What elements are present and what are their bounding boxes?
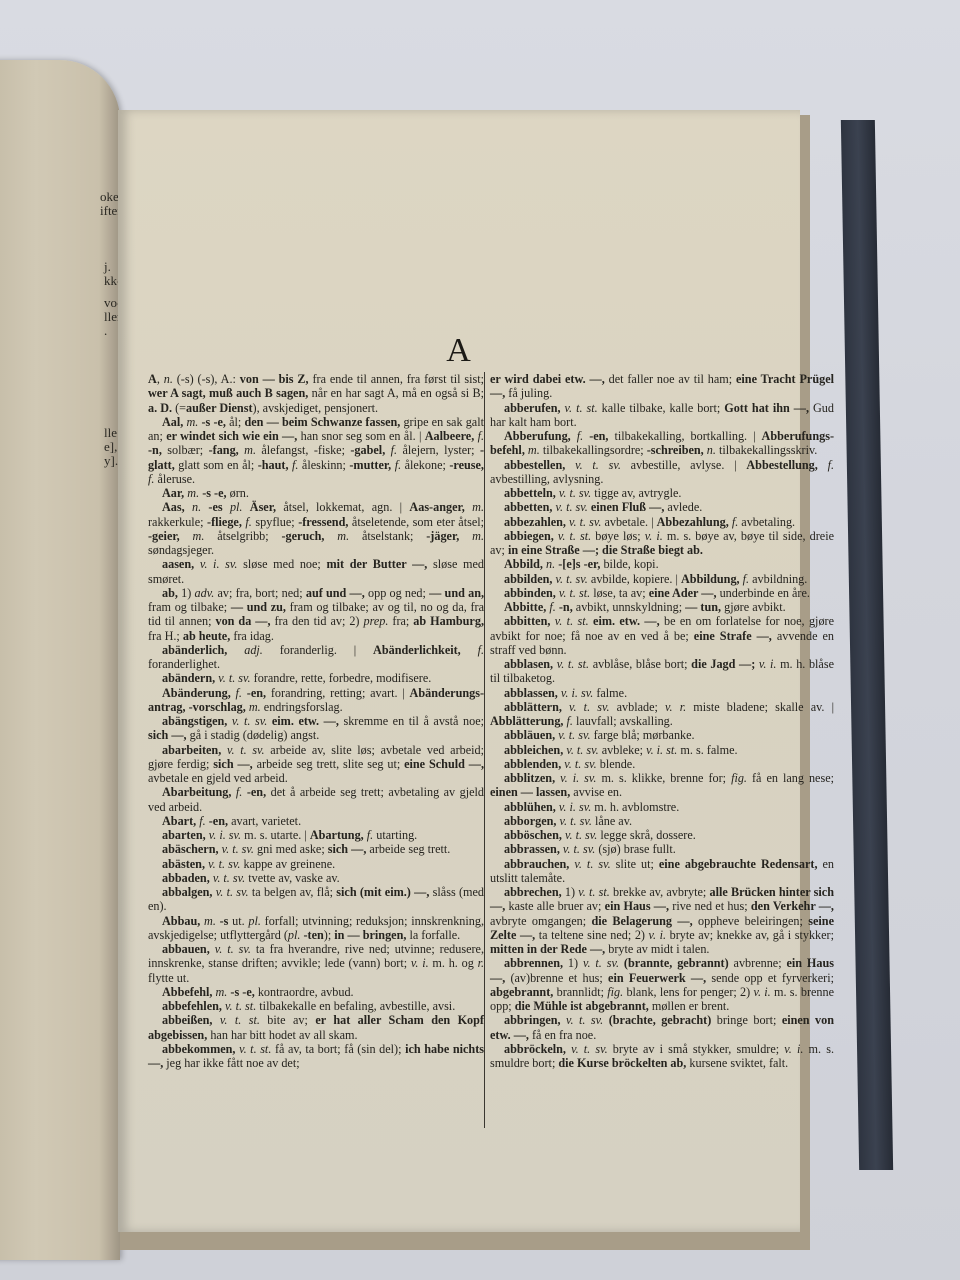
dictionary-entry: abängstigen, v. t. sv. eim. etw. —, skre… <box>148 714 484 743</box>
dictionary-entry: Abberufung, f. -en, tilbakekalling, bort… <box>490 429 834 458</box>
dictionary-entry: Abbau, m. -s ut. pl. forfall; utvinning;… <box>148 914 484 943</box>
dictionary-entry: aasen, v. i. sv. sløse med noe; mit der … <box>148 557 484 586</box>
dictionary-entry: abbeißen, v. t. st. bite av; er hat alle… <box>148 1013 484 1042</box>
dictionary-entry: abäschern, v. t. sv. gni med aske; sich … <box>148 842 484 856</box>
dictionary-entry: abbezahlen, v. t. sv. avbetale. | Abbeza… <box>490 515 834 529</box>
dictionary-entry: abbrennen, 1) v. t. sv. (brannte, gebran… <box>490 956 834 1013</box>
dictionary-entry: Abbitte, f. -n, avbikt, unnskyldning; — … <box>490 600 834 614</box>
dictionary-entry: abblassen, v. i. sv. falme. <box>490 686 834 700</box>
dictionary-entry: abberufen, v. t. st. kalle tilbake, kall… <box>490 401 834 430</box>
dictionary-entry: abblühen, v. i. sv. m. h. avblomstre. <box>490 800 834 814</box>
dictionary-entry: Abarbeitung, f. -en, det å arbeide seg t… <box>148 785 484 814</box>
dictionary-entry: abbrassen, v. t. sv. (sjø) brase fullt. <box>490 842 834 856</box>
dictionary-entry: abbilden, v. t. sv. avbilde, kopiere. | … <box>490 572 834 586</box>
dictionary-entry: abbefehlen, v. t. st. tilbakekalle en be… <box>148 999 484 1013</box>
left-page-fragment: lle <box>104 426 117 440</box>
dictionary-entry: abändern, v. t. sv. forandre, rette, for… <box>148 671 484 685</box>
book-cover-edge <box>841 120 893 1170</box>
dictionary-entry: abänderlich, adj. foranderlig. | Abänder… <box>148 643 484 672</box>
dictionary-entry: Aal, m. -s -e, ål; den — beim Schwanze f… <box>148 415 484 486</box>
dictionary-entry: abblenden, v. t. sv. blende. <box>490 757 834 771</box>
dictionary-entry: abbalgen, v. t. sv. ta belgen av, flå; s… <box>148 885 484 914</box>
right-column: er wird dabei etw. —, det faller noe av … <box>490 372 834 1070</box>
dictionary-entry: abböschen, v. t. sv. legge skrå, dossere… <box>490 828 834 842</box>
dictionary-entry: Aar, m. -s -e, ørn. <box>148 486 484 500</box>
left-page-fragment: y]. <box>104 454 118 468</box>
dictionary-entry: abborgen, v. t. sv. låne av. <box>490 814 834 828</box>
dictionary-entry: er wird dabei etw. —, det faller noe av … <box>490 372 834 401</box>
dictionary-entry: abbleichen, v. t. sv. avbleke; v. i. st.… <box>490 743 834 757</box>
dictionary-entry: abbitten, v. t. st. eim. etw. —, be en o… <box>490 614 834 657</box>
dictionary-entry: abblitzen, v. i. sv. m. s. klikke, brenn… <box>490 771 834 800</box>
dictionary-entry: abbaden, v. t. sv. tvette av, vaske av. <box>148 871 484 885</box>
left-column: A, n. (-s) (-s), A.: von — bis Z, fra en… <box>148 372 484 1070</box>
dictionary-entry: abbetteln, v. t. sv. tigge av, avtrygle. <box>490 486 834 500</box>
dictionary-entry: Aas, n. -es pl. Äser, åtsel, lokkemat, a… <box>148 500 484 557</box>
dictionary-entry: abbauen, v. t. sv. ta fra hverandre, riv… <box>148 942 484 985</box>
dictionary-entry: A, n. (-s) (-s), A.: von — bis Z, fra en… <box>148 372 484 415</box>
left-page-fragment: . <box>104 324 107 338</box>
dictionary-entry: Abart, f. -en, avart, varietet. <box>148 814 484 828</box>
dictionary-entry: abblättern, v. t. sv. avblade; v. r. mis… <box>490 700 834 729</box>
dictionary-entry: abbringen, v. t. sv. (brachte, gebracht)… <box>490 1013 834 1042</box>
left-page-fragment: e], <box>104 440 117 454</box>
dictionary-page: A A, n. (-s) (-s), A.: von — bis Z, fra … <box>118 110 800 1232</box>
section-letter-heading: A <box>118 332 800 370</box>
dictionary-entry: abbetten, v. t. sv. einen Fluß —, avlede… <box>490 500 834 514</box>
dictionary-entry: abarten, v. i. sv. m. s. utarte. | Abart… <box>148 828 484 842</box>
dictionary-entry: abarbeiten, v. t. sv. arbeide av, slite … <box>148 743 484 786</box>
dictionary-entry: Abänderung, f. -en, forandring, retting;… <box>148 686 484 715</box>
dictionary-entry: abbinden, v. t. st. løse, ta av; eine Ad… <box>490 586 834 600</box>
dictionary-entry: abbekommen, v. t. st. få av, ta bort; få… <box>148 1042 484 1071</box>
dictionary-entry: abbiegen, v. t. st. bøye løs; v. i. m. s… <box>490 529 834 558</box>
dictionary-entry: Abbild, n. -[e]s -er, bilde, kopi. <box>490 557 834 571</box>
column-divider <box>484 372 485 1128</box>
dictionary-entry: Abbefehl, m. -s -e, kontraordre, avbud. <box>148 985 484 999</box>
dictionary-entry: abbläuen, v. t. sv. farge blå; mørbanke. <box>490 728 834 742</box>
dictionary-entry: abblasen, v. t. st. avblåse, blåse bort;… <box>490 657 834 686</box>
left-page-fragment: j. <box>104 260 111 274</box>
dictionary-entry: abbrauchen, v. t. sv. slite ut; eine abg… <box>490 857 834 886</box>
left-page: oken iften j. kk- vo- ller . lle e], y]. <box>0 60 120 1260</box>
dictionary-entry: abbrechen, 1) v. t. st. brekke av, avbry… <box>490 885 834 956</box>
dictionary-entry: ab, 1) adv. av; fra, bort; ned; auf und … <box>148 586 484 643</box>
dictionary-entry: abbröckeln, v. t. sv. bryte av i små sty… <box>490 1042 834 1071</box>
dictionary-entry: abästen, v. t. sv. kappe av greinene. <box>148 857 484 871</box>
dictionary-entry: abbestellen, v. t. sv. avbestille, avlys… <box>490 458 834 487</box>
